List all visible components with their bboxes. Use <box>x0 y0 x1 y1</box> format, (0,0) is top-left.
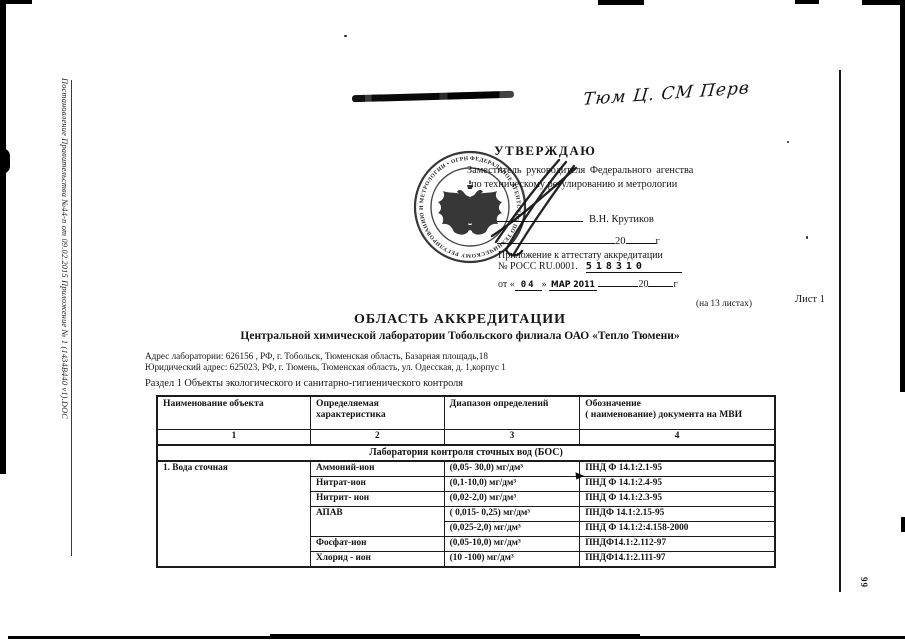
document-subtitle: Центральной химической лаборатории Тобол… <box>120 330 800 342</box>
scan-edge-right <box>900 0 905 392</box>
scan-edge-top-dash-2 <box>598 0 644 5</box>
year-prefix: 20 <box>615 236 626 247</box>
table-row: 1. Вода сточная Аммоний-ион (0,05- 30,0)… <box>157 461 775 477</box>
year-blank-2 <box>648 276 673 287</box>
document-title: ОБЛАСТЬ АККРЕДИТАЦИИ <box>140 312 780 328</box>
scanned-document-page: Постановление Правительства №44-п от 09.… <box>0 0 905 640</box>
range-cell: (0,1-10,0) мг/дм³ <box>444 477 580 492</box>
year-prefix-2: 20 <box>638 279 648 290</box>
date-day-stamp: 04 <box>515 280 542 291</box>
document-cell: ПНДФ14.1:2.112-97 <box>580 537 775 552</box>
document-cell: ПНДФ14.1:2.111-97 <box>580 552 775 568</box>
year-blank <box>626 233 656 244</box>
date-prefix: от « <box>498 279 515 290</box>
fold-line-right <box>839 70 841 592</box>
header-characteristic: Определяемая характеристика <box>311 396 445 430</box>
range-cell: (0,05- 30,0) мг/дм³ <box>444 461 580 477</box>
attestation-date-line: от «04»МАР 201120г <box>498 276 678 291</box>
col-number: 1 <box>157 430 311 446</box>
handwritten-note: Тюм Ц. СМ Перв <box>582 78 751 110</box>
scan-edge-blob <box>0 148 10 174</box>
fold-line-left <box>71 80 72 556</box>
characteristic-cell: Нитрит- ион <box>311 492 445 507</box>
col-number: 2 <box>311 430 445 446</box>
year-suffix-2: г <box>673 279 677 290</box>
range-cell: (0,025-2,0) мг/дм³ <box>444 522 580 537</box>
redaction-smudge <box>352 91 514 103</box>
scan-edge-top-dash-3 <box>795 0 819 4</box>
header-range: Диапазон определений <box>444 396 580 430</box>
legal-address: Юридический адрес: 625023, РФ, г. Тюмень… <box>145 362 506 372</box>
scan-edge-bottom <box>8 636 905 639</box>
table-header-row: Наименование объекта Определяемая характ… <box>157 396 775 430</box>
scan-speck <box>787 141 789 143</box>
range-cell: ( 0,015- 0,25) мг/дм³ <box>444 507 580 522</box>
characteristic-cell: Хлорид - ион <box>311 552 445 568</box>
characteristic-cell: АПАВ <box>311 507 445 537</box>
lab-section-title: Лаборатория контроля сточных вод (БОС) <box>157 445 775 461</box>
attestation-number-stamp: 518310 <box>586 261 682 273</box>
object-name-cell: 1. Вода сточная <box>157 461 311 567</box>
header-object: Наименование объекта <box>157 396 311 430</box>
pages-count-note: (на 13 листах) <box>696 299 752 309</box>
signature-scrawl <box>462 152 592 264</box>
section-heading: Раздел 1 Объекты экологического и санита… <box>145 378 463 389</box>
header-document: Обозначение ( наименование) документа на… <box>580 396 775 430</box>
characteristic-cell: Фосфат-ион <box>311 537 445 552</box>
lab-section-row: Лаборатория контроля сточных вод (БОС) <box>157 445 775 461</box>
scan-edge-top-dash-1 <box>0 0 32 4</box>
lab-address: Адрес лаборатории: 626156 , РФ, г. Тобол… <box>145 351 488 361</box>
document-cell: ПНД Ф 14.1:2.4-95 <box>580 477 775 492</box>
accreditation-table: Наименование объекта Определяемая характ… <box>156 395 776 568</box>
document-cell: ПНДФ 14.1:2.15-95 <box>580 507 775 522</box>
characteristic-cell: Нитрат-ион <box>311 477 445 492</box>
scan-edge-top-dash-4 <box>862 0 905 5</box>
col-number: 4 <box>580 430 775 446</box>
signer-name: В.Н. Крутиков <box>589 214 654 225</box>
scan-speck <box>344 35 347 37</box>
date-month-stamp: МАР 2011 <box>549 280 597 291</box>
scan-edge-right-dash <box>901 517 905 532</box>
characteristic-cell: Аммоний-ион <box>311 461 445 477</box>
date-close-quote: » <box>542 279 547 290</box>
document-cell: ПНД Ф 14.1:2:4.158-2000 <box>580 522 775 537</box>
scan-speck <box>806 236 808 239</box>
scan-edge-bottom-2 <box>270 634 640 636</box>
range-cell: (10 -100) мг/дм³ <box>444 552 580 568</box>
document-cell: ПНД Ф 14.1:2.3-95 <box>580 492 775 507</box>
range-cell: (0,05-10,0) мг/дм³ <box>444 537 580 552</box>
date-blank-2 <box>598 276 638 287</box>
range-cell: (0,02-2,0) мг/дм³ <box>444 492 580 507</box>
document-cell: ПНД Ф 14.1:2.1-95 <box>580 461 775 477</box>
column-number-row: 1 2 3 4 <box>157 430 775 446</box>
col-number: 3 <box>444 430 580 446</box>
margin-filename: Постановление Правительства №44-п от 09.… <box>60 78 69 456</box>
scan-edge-left <box>0 0 6 474</box>
sheet-number: Лист 1 <box>795 294 825 305</box>
year-suffix: г <box>656 236 660 247</box>
page-number: 99 <box>859 577 869 588</box>
